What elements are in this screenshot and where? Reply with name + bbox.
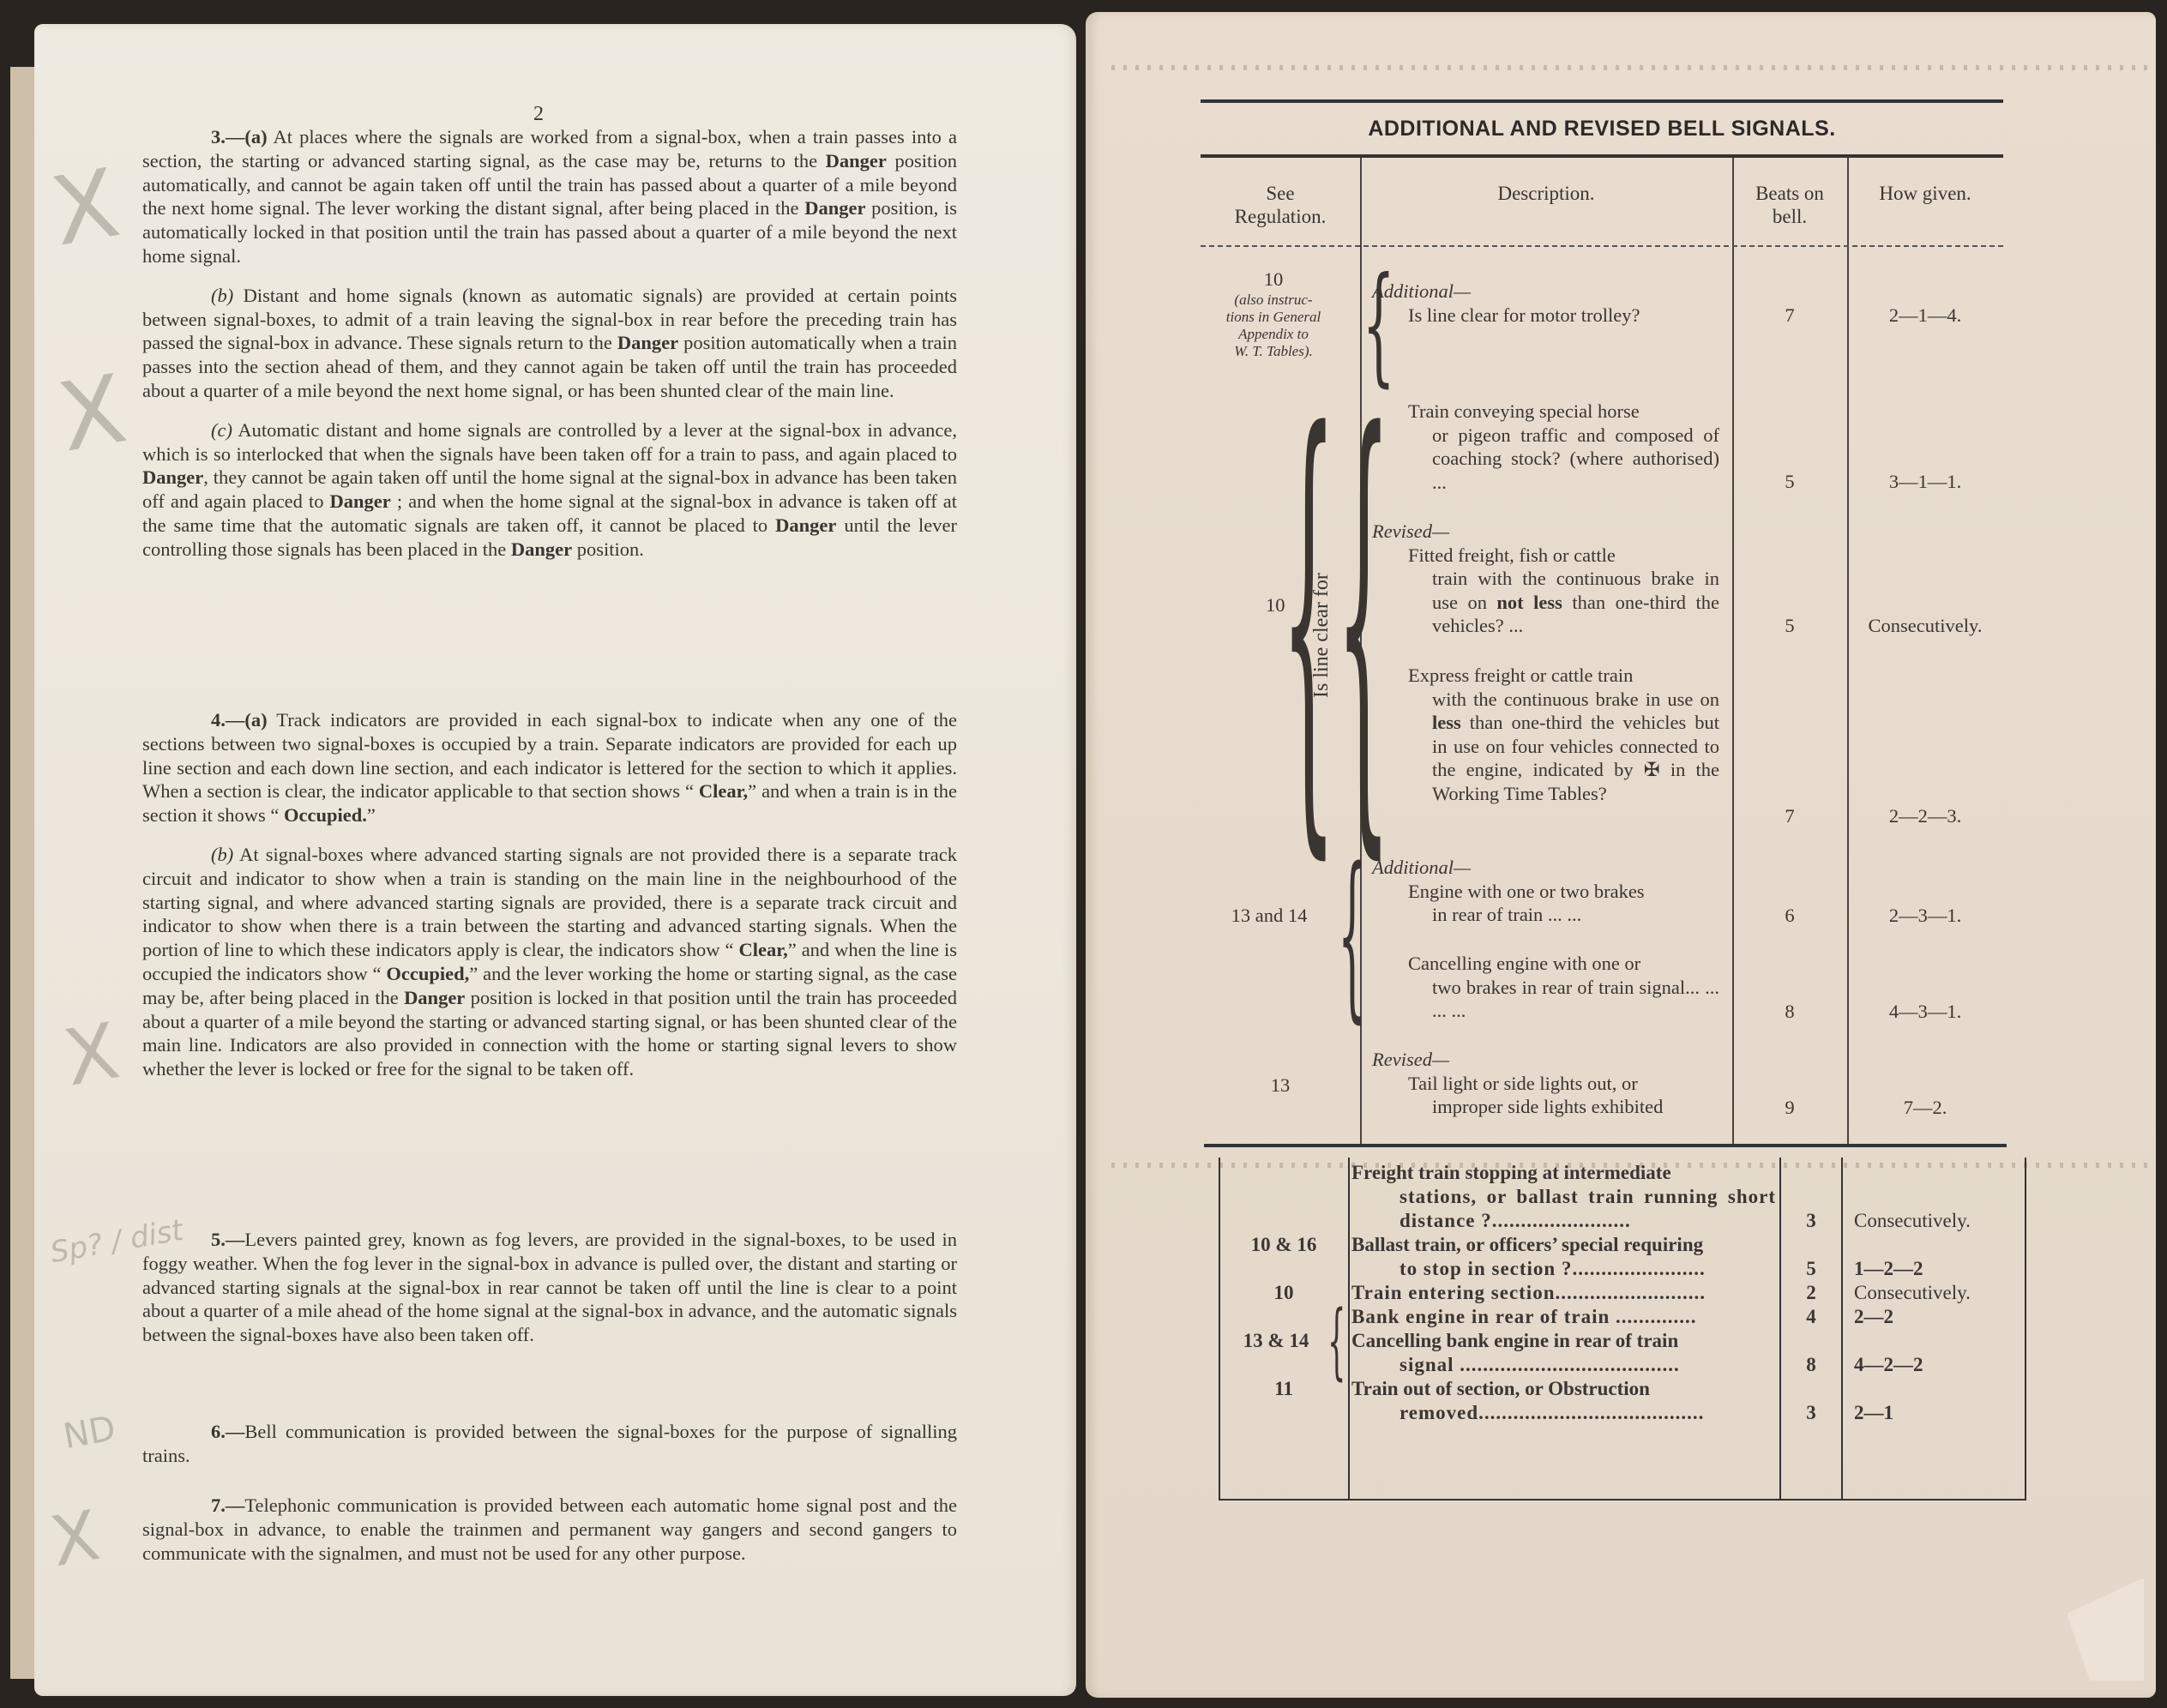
description-text: Is line clear for motor trolley?	[1372, 304, 1719, 328]
description-text: Engine with one or two brakes	[1372, 880, 1719, 904]
pencil-mark-x: X	[45, 1495, 105, 1582]
regulation-note: (also instruc-	[1201, 292, 1346, 309]
regulation-3-section: 3.—(a) At places where the signals are w…	[142, 125, 957, 577]
slip-row-3-description: Bank engine in rear of train ...........…	[1351, 1305, 1776, 1329]
header-how-given: How given.	[1847, 182, 2003, 205]
perforation-edge	[1111, 65, 2147, 70]
pencil-mark-x: X	[44, 147, 126, 267]
slip-row-1-regulation: 10 & 16	[1221, 1233, 1346, 1257]
row-3-beats: 7	[1732, 804, 1847, 828]
slip-row-5-how-given: 2—1	[1854, 1401, 1893, 1425]
paragraph-4a: 4.—(a) Track indicators are provided in …	[142, 708, 957, 827]
slip-row-1-beats: 5	[1781, 1257, 1841, 1281]
paragraph-number: 3.—(a)	[211, 126, 268, 147]
paragraph-text: At signal-boxes where advanced starting …	[142, 844, 957, 1080]
paragraph-number: 5.—	[211, 1229, 244, 1250]
row-6-description: Revised— Tail light or side lights out, …	[1372, 1048, 1732, 1119]
slip-row-2-how-given: Consecutively.	[1854, 1281, 1971, 1305]
paragraph-text: Telephonic communication is provided bet…	[142, 1494, 957, 1564]
title-bottom-rule	[1201, 154, 2003, 158]
regulation-number: 10	[1201, 268, 1346, 292]
table-bottom-rule	[1204, 1144, 2007, 1147]
row-2-description: Revised— Fitted freight, fish or cattle …	[1372, 520, 1719, 638]
paragraph-number: (c)	[211, 419, 232, 441]
slip-row-2-description: Train entering section..................…	[1351, 1281, 1776, 1305]
description-text: Train conveying special horse	[1372, 400, 1719, 424]
description-text: or pigeon traffic and composed of coachi…	[1372, 424, 1719, 495]
header-line: Beats on	[1732, 182, 1847, 205]
row-5-how-given: 4—3—1.	[1847, 1000, 2003, 1024]
slip-row-5-regulation: 11	[1221, 1377, 1346, 1401]
slip-column-divider	[1841, 1158, 1843, 1501]
row-0-description: Additional— Is line clear for motor trol…	[1372, 280, 1719, 327]
row-4-how-given: 2—3—1.	[1847, 904, 2003, 928]
paragraph-text: Bell communication is provided between t…	[142, 1421, 957, 1466]
regulation-4-section: 4.—(a) Track indicators are provided in …	[142, 708, 957, 1097]
left-page: 2 3.—(a) At places where the signals are…	[34, 24, 1076, 1696]
header-line: bell.	[1732, 205, 1847, 228]
slip-row-1-how-given: 1—2—2	[1854, 1257, 1923, 1281]
paragraph-3c: (c) Automatic distant and home signals a…	[142, 418, 957, 562]
row-6-how-given: 7—2.	[1847, 1096, 2003, 1120]
row-6-regulation: 13	[1201, 1074, 1360, 1098]
is-line-clear-for-label: Is line clear for	[1310, 573, 1333, 698]
description-text: removed.................................…	[1351, 1401, 1776, 1425]
regulation-note: tions in General	[1201, 309, 1346, 326]
slip-row-3-how-given: 2—2	[1854, 1305, 1893, 1329]
description-text: in rear of train ... ...	[1372, 903, 1719, 927]
paragraph-number: 4.—(a)	[211, 709, 268, 731]
row-1-beats: 5	[1732, 470, 1847, 494]
paragraph-text: Distant and home signals (known as autom…	[142, 285, 957, 401]
slip-row-5-beats: 3	[1781, 1401, 1841, 1425]
pencil-mark-x: X	[51, 353, 133, 472]
description-text: Train out of section, or Obstruction	[1351, 1377, 1776, 1401]
paragraph-3a: 3.—(a) At places where the signals are w…	[142, 125, 957, 268]
row-3-how-given: 2—2—3.	[1847, 804, 2003, 828]
row-5-description: Cancelling engine with one or two brakes…	[1372, 952, 1719, 1023]
description-text: Express freight or cattle train	[1372, 664, 1719, 688]
row-0-how-given: 2—1—4.	[1847, 304, 2003, 328]
description-text: to stop in section ?....................…	[1351, 1257, 1776, 1281]
slip-row-4-how-given: 4—2—2	[1854, 1353, 1923, 1377]
slip-row-4-regulation: 13 & 14	[1221, 1329, 1331, 1353]
description-text: improper side lights exhibited	[1372, 1095, 1732, 1119]
row-5-beats: 8	[1732, 1000, 1847, 1024]
header-beats-on-bell: Beats on bell.	[1732, 182, 1847, 228]
row-1-description: Train conveying special horse or pigeon …	[1372, 400, 1719, 494]
row-2-beats: 5	[1732, 614, 1847, 638]
paragraph-text: Levers painted grey, known as fog levers…	[142, 1229, 957, 1345]
paragraph-number: (b)	[211, 285, 233, 306]
row-heading: Revised—	[1372, 520, 1719, 544]
slip-row-0-beats: 3	[1781, 1209, 1841, 1233]
description-text: Fitted freight, fish or cattle	[1372, 544, 1719, 568]
brace-icon: {	[1338, 845, 1366, 1025]
slip-row-2-beats: 2	[1781, 1281, 1841, 1305]
pencil-mark-x: X	[57, 1006, 125, 1104]
description-text: train with the continuous brake in use o…	[1372, 567, 1719, 638]
row-heading: Revised—	[1372, 1048, 1732, 1072]
row-heading: Additional—	[1372, 856, 1719, 880]
row-3-description: Express freight or cattle train with the…	[1372, 664, 1719, 805]
row-6-beats: 9	[1732, 1096, 1847, 1120]
header-line: See	[1201, 182, 1360, 205]
row-heading: Additional—	[1372, 280, 1719, 304]
description-text: Ballast train, or officers’ special requ…	[1351, 1233, 1776, 1257]
slip-row-4-beats: 8	[1781, 1353, 1841, 1377]
row-0-beats: 7	[1732, 304, 1847, 328]
slip-row-5-description: Train out of section, or Obstruction rem…	[1351, 1377, 1776, 1425]
paragraph-number: 6.—	[211, 1421, 244, 1442]
header-divider	[1201, 245, 2003, 247]
regulation-7-section: 7.—Telephonic communication is provided …	[142, 1494, 957, 1580]
paragraph-number: 7.—	[211, 1494, 244, 1516]
row-4-regulation: 13 and 14	[1201, 904, 1338, 928]
row-4-beats: 6	[1732, 904, 1847, 928]
page-number: 2	[533, 103, 544, 126]
slip-column-divider	[1348, 1158, 1350, 1501]
row-2-how-given: Consecutively.	[1847, 614, 2003, 638]
slip-row-0-how-given: Consecutively.	[1854, 1209, 1971, 1233]
regulation-5-section: 5.—Levers painted grey, known as fog lev…	[142, 1228, 957, 1362]
paragraph-number: (b)	[211, 844, 233, 865]
header-description: Description.	[1360, 182, 1732, 205]
slip-row-1-description: Ballast train, or officers’ special requ…	[1351, 1233, 1776, 1281]
slip-row-0-description: Freight train stopping at intermediate s…	[1351, 1161, 1776, 1233]
slip-row-4-description: Cancelling bank engine in rear of train …	[1351, 1329, 1776, 1377]
paragraph-text: Automatic distant and home signals are c…	[142, 419, 957, 560]
description-text: Tail light or side lights out, or	[1372, 1072, 1732, 1096]
description-text: Freight train stopping at intermediate	[1351, 1161, 1776, 1185]
description-text: Cancelling bank engine in rear of train	[1351, 1329, 1776, 1353]
pencil-handwriting: ND	[60, 1409, 118, 1457]
slip-row-3-beats: 4	[1781, 1305, 1841, 1329]
table-title: ADDITIONAL AND REVISED BELL SIGNALS.	[1201, 117, 2003, 141]
description-text: two brakes in rear of train signal... ..…	[1372, 976, 1719, 1023]
title-top-rule	[1201, 99, 2003, 103]
paragraph-6: 6.—Bell communication is provided betwee…	[142, 1420, 957, 1468]
paragraph-5: 5.—Levers painted grey, known as fog lev…	[142, 1228, 957, 1347]
row-4-description: Additional— Engine with one or two brake…	[1372, 856, 1719, 927]
header-see-regulation: See Regulation.	[1201, 182, 1360, 228]
row-1-how-given: 3—1—1.	[1847, 470, 2003, 494]
description-text: signal .................................…	[1351, 1353, 1776, 1377]
description-text: with the continuous brake in use on less…	[1372, 688, 1719, 806]
description-text: stations, or ballast train running short…	[1351, 1185, 1776, 1233]
paragraph-3b: (b) Distant and home signals (known as a…	[142, 284, 957, 403]
regulation-6-section: 6.—Bell communication is provided betwee…	[142, 1420, 957, 1483]
paragraph-7: 7.—Telephonic communication is provided …	[142, 1494, 957, 1565]
paragraph-4b: (b) At signal-boxes where advanced start…	[142, 843, 957, 1081]
description-text: Cancelling engine with one or	[1372, 952, 1719, 976]
header-line: Regulation.	[1201, 205, 1360, 228]
